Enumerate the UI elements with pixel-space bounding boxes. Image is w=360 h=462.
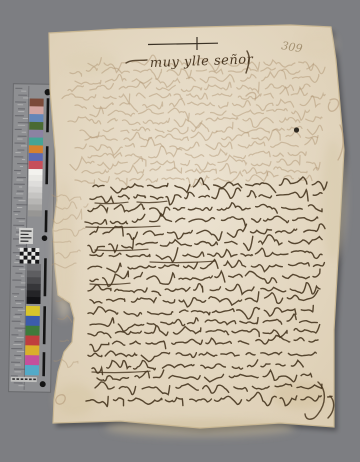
checker-cell xyxy=(27,260,31,264)
ruler-mark xyxy=(21,289,25,290)
color-patch xyxy=(29,106,43,114)
color-patch xyxy=(29,153,43,161)
ruler-tick xyxy=(14,341,23,342)
ruler-tick xyxy=(14,156,23,157)
color-patch xyxy=(25,365,39,375)
dark-gray-step xyxy=(27,271,41,278)
gray-step xyxy=(28,193,42,199)
color-patch xyxy=(30,98,44,106)
ruler-tick xyxy=(14,197,23,198)
checker-cell xyxy=(31,248,35,252)
calibration-bar-group xyxy=(9,84,56,393)
ruler-tick xyxy=(15,88,22,89)
checker-cell xyxy=(24,256,28,260)
gray-step xyxy=(28,198,42,204)
ruler-mark xyxy=(18,310,26,311)
ruler-mark xyxy=(21,276,24,277)
ruler-mark xyxy=(15,214,18,215)
bar-label-line xyxy=(21,230,32,231)
ruler-tick xyxy=(17,149,24,150)
ruler-mark xyxy=(19,186,22,187)
checker-cell xyxy=(20,252,24,256)
ruler-tick xyxy=(15,300,24,301)
gray-step xyxy=(28,210,42,216)
ruler-tick xyxy=(12,279,21,280)
ruler-tick xyxy=(15,328,26,329)
checker-cell xyxy=(23,260,27,264)
ruler-tick xyxy=(12,307,23,308)
ruler-tick xyxy=(11,362,20,363)
color-patch xyxy=(29,122,43,130)
color-patch xyxy=(29,130,43,138)
ruler-mark xyxy=(18,200,25,201)
ruler-mark xyxy=(13,344,21,345)
ruler-tick xyxy=(15,129,22,130)
ruler-tick xyxy=(16,245,27,246)
ruler-tick xyxy=(13,266,24,267)
bar-bottom-mark xyxy=(33,379,36,381)
bar-bottom-mark xyxy=(29,378,32,380)
ruler-tick xyxy=(14,369,25,370)
bar-bottom-mark xyxy=(16,378,19,380)
paper-stain xyxy=(53,180,75,320)
bar-bottom-mark xyxy=(12,378,15,380)
bar-bottom-mark xyxy=(25,378,28,380)
ruler-tick xyxy=(14,382,23,383)
ruler-mark xyxy=(17,351,25,352)
color-patch xyxy=(25,355,39,365)
checker-cell xyxy=(20,260,24,264)
ruler-mark xyxy=(15,152,20,153)
ruler-tick xyxy=(18,136,27,137)
color-patch xyxy=(29,161,43,169)
ink-blot xyxy=(294,127,299,132)
ruler-mark xyxy=(21,282,26,283)
ruler-mark xyxy=(16,358,22,359)
checker-cell xyxy=(35,252,39,256)
ruler-mark xyxy=(19,269,25,270)
ruler-mark xyxy=(21,91,26,92)
gray-step xyxy=(28,187,42,193)
edge-dash xyxy=(45,210,48,232)
ruler-tick xyxy=(13,225,24,226)
ruler-mark xyxy=(17,139,23,140)
ruler-tick xyxy=(11,375,18,376)
gray-step xyxy=(28,169,42,175)
checker-cell xyxy=(31,260,35,264)
ruler-tick xyxy=(18,95,27,96)
checker-cell xyxy=(20,256,24,260)
ruler-tick xyxy=(14,143,25,144)
color-patch xyxy=(29,137,43,145)
ruler-mark xyxy=(14,262,20,263)
color-patch xyxy=(26,316,40,326)
ruler-tick xyxy=(12,293,19,294)
ruler-mark xyxy=(15,365,21,366)
dark-gray-step xyxy=(27,264,41,271)
checker-cell xyxy=(24,252,28,256)
ruler-mark xyxy=(17,207,22,208)
dark-gray-step xyxy=(26,297,40,304)
gray-step xyxy=(28,204,42,210)
checker-cell xyxy=(35,256,39,260)
ruler-mark xyxy=(23,118,28,119)
manuscript-page: muy ylle señor 309 xyxy=(49,25,347,437)
ruler-tick xyxy=(11,334,18,335)
ruler-mark xyxy=(16,193,23,194)
ruler-tick xyxy=(14,184,25,185)
checker-cell xyxy=(35,248,39,252)
paper-stain xyxy=(105,419,295,437)
ruler-mark xyxy=(18,330,22,331)
ruler-tick xyxy=(14,355,21,356)
checker-cell xyxy=(28,248,32,252)
ruler-tick xyxy=(17,177,26,178)
ruler-mark xyxy=(14,296,17,297)
ruler-mark xyxy=(18,125,25,126)
checker-cell xyxy=(31,256,35,260)
ruler-mark xyxy=(20,166,23,167)
manuscript-photo: muy ylle señor 309 xyxy=(0,0,360,462)
ruler-tick xyxy=(18,108,25,109)
edge-dash xyxy=(46,98,49,132)
photo-viewer: muy ylle señor 309 xyxy=(0,0,360,462)
ruler-tick xyxy=(17,191,24,192)
checker-cell xyxy=(28,252,32,256)
ruler-mark xyxy=(19,221,25,222)
checker-cell xyxy=(35,260,39,264)
ruler-tick xyxy=(15,286,26,287)
gray-step xyxy=(28,181,42,187)
ruler-tick xyxy=(17,204,28,205)
ruler-mark xyxy=(18,111,24,112)
gray-step xyxy=(28,175,42,181)
edge-dash xyxy=(42,352,45,376)
paper-stain xyxy=(300,31,336,59)
bar-bottom-mark xyxy=(21,378,24,380)
ruler-mark xyxy=(17,337,24,338)
bar-label-line xyxy=(21,234,29,235)
color-calibration-bar xyxy=(9,84,56,393)
ruler-mark xyxy=(21,145,27,146)
ruler-mark xyxy=(22,132,27,133)
color-patch xyxy=(29,114,43,122)
checker-cell xyxy=(27,256,31,260)
bar-label-line xyxy=(20,237,31,238)
ruler-tick xyxy=(15,273,22,274)
checker-cell xyxy=(31,252,35,256)
checker-cell xyxy=(20,248,24,252)
dark-gray-step xyxy=(27,290,41,297)
ruler-tick xyxy=(15,314,22,315)
ruler-mark xyxy=(17,173,20,174)
ruler-mark xyxy=(16,180,23,181)
ruler-tick xyxy=(13,211,20,212)
ruler-tick xyxy=(15,115,24,116)
paper-stain xyxy=(272,381,328,409)
ruler-tick xyxy=(16,218,25,219)
bar-label-line xyxy=(20,241,28,242)
dark-gray-step xyxy=(27,277,41,284)
dark-gray-step xyxy=(27,284,41,291)
ruler-mark xyxy=(20,324,24,325)
ruler-mark xyxy=(22,159,25,160)
ruler-tick xyxy=(17,163,28,164)
ruler-tick xyxy=(11,348,22,349)
ruler-mark xyxy=(14,371,21,372)
color-patch xyxy=(25,326,39,336)
ruler-tick xyxy=(18,122,29,123)
ruler-tick xyxy=(14,170,21,171)
ruler-tick xyxy=(13,252,20,253)
color-patch xyxy=(25,345,39,355)
ruler-mark xyxy=(13,317,20,318)
paper-stain xyxy=(321,140,345,260)
color-patch xyxy=(25,335,39,345)
ruler-mark xyxy=(16,303,21,304)
ruler-tick xyxy=(15,101,26,102)
checker-cell xyxy=(24,248,28,252)
color-patch xyxy=(26,306,40,316)
color-patch xyxy=(29,145,43,153)
ruler-mark xyxy=(17,104,23,105)
ruler-tick xyxy=(12,321,21,322)
